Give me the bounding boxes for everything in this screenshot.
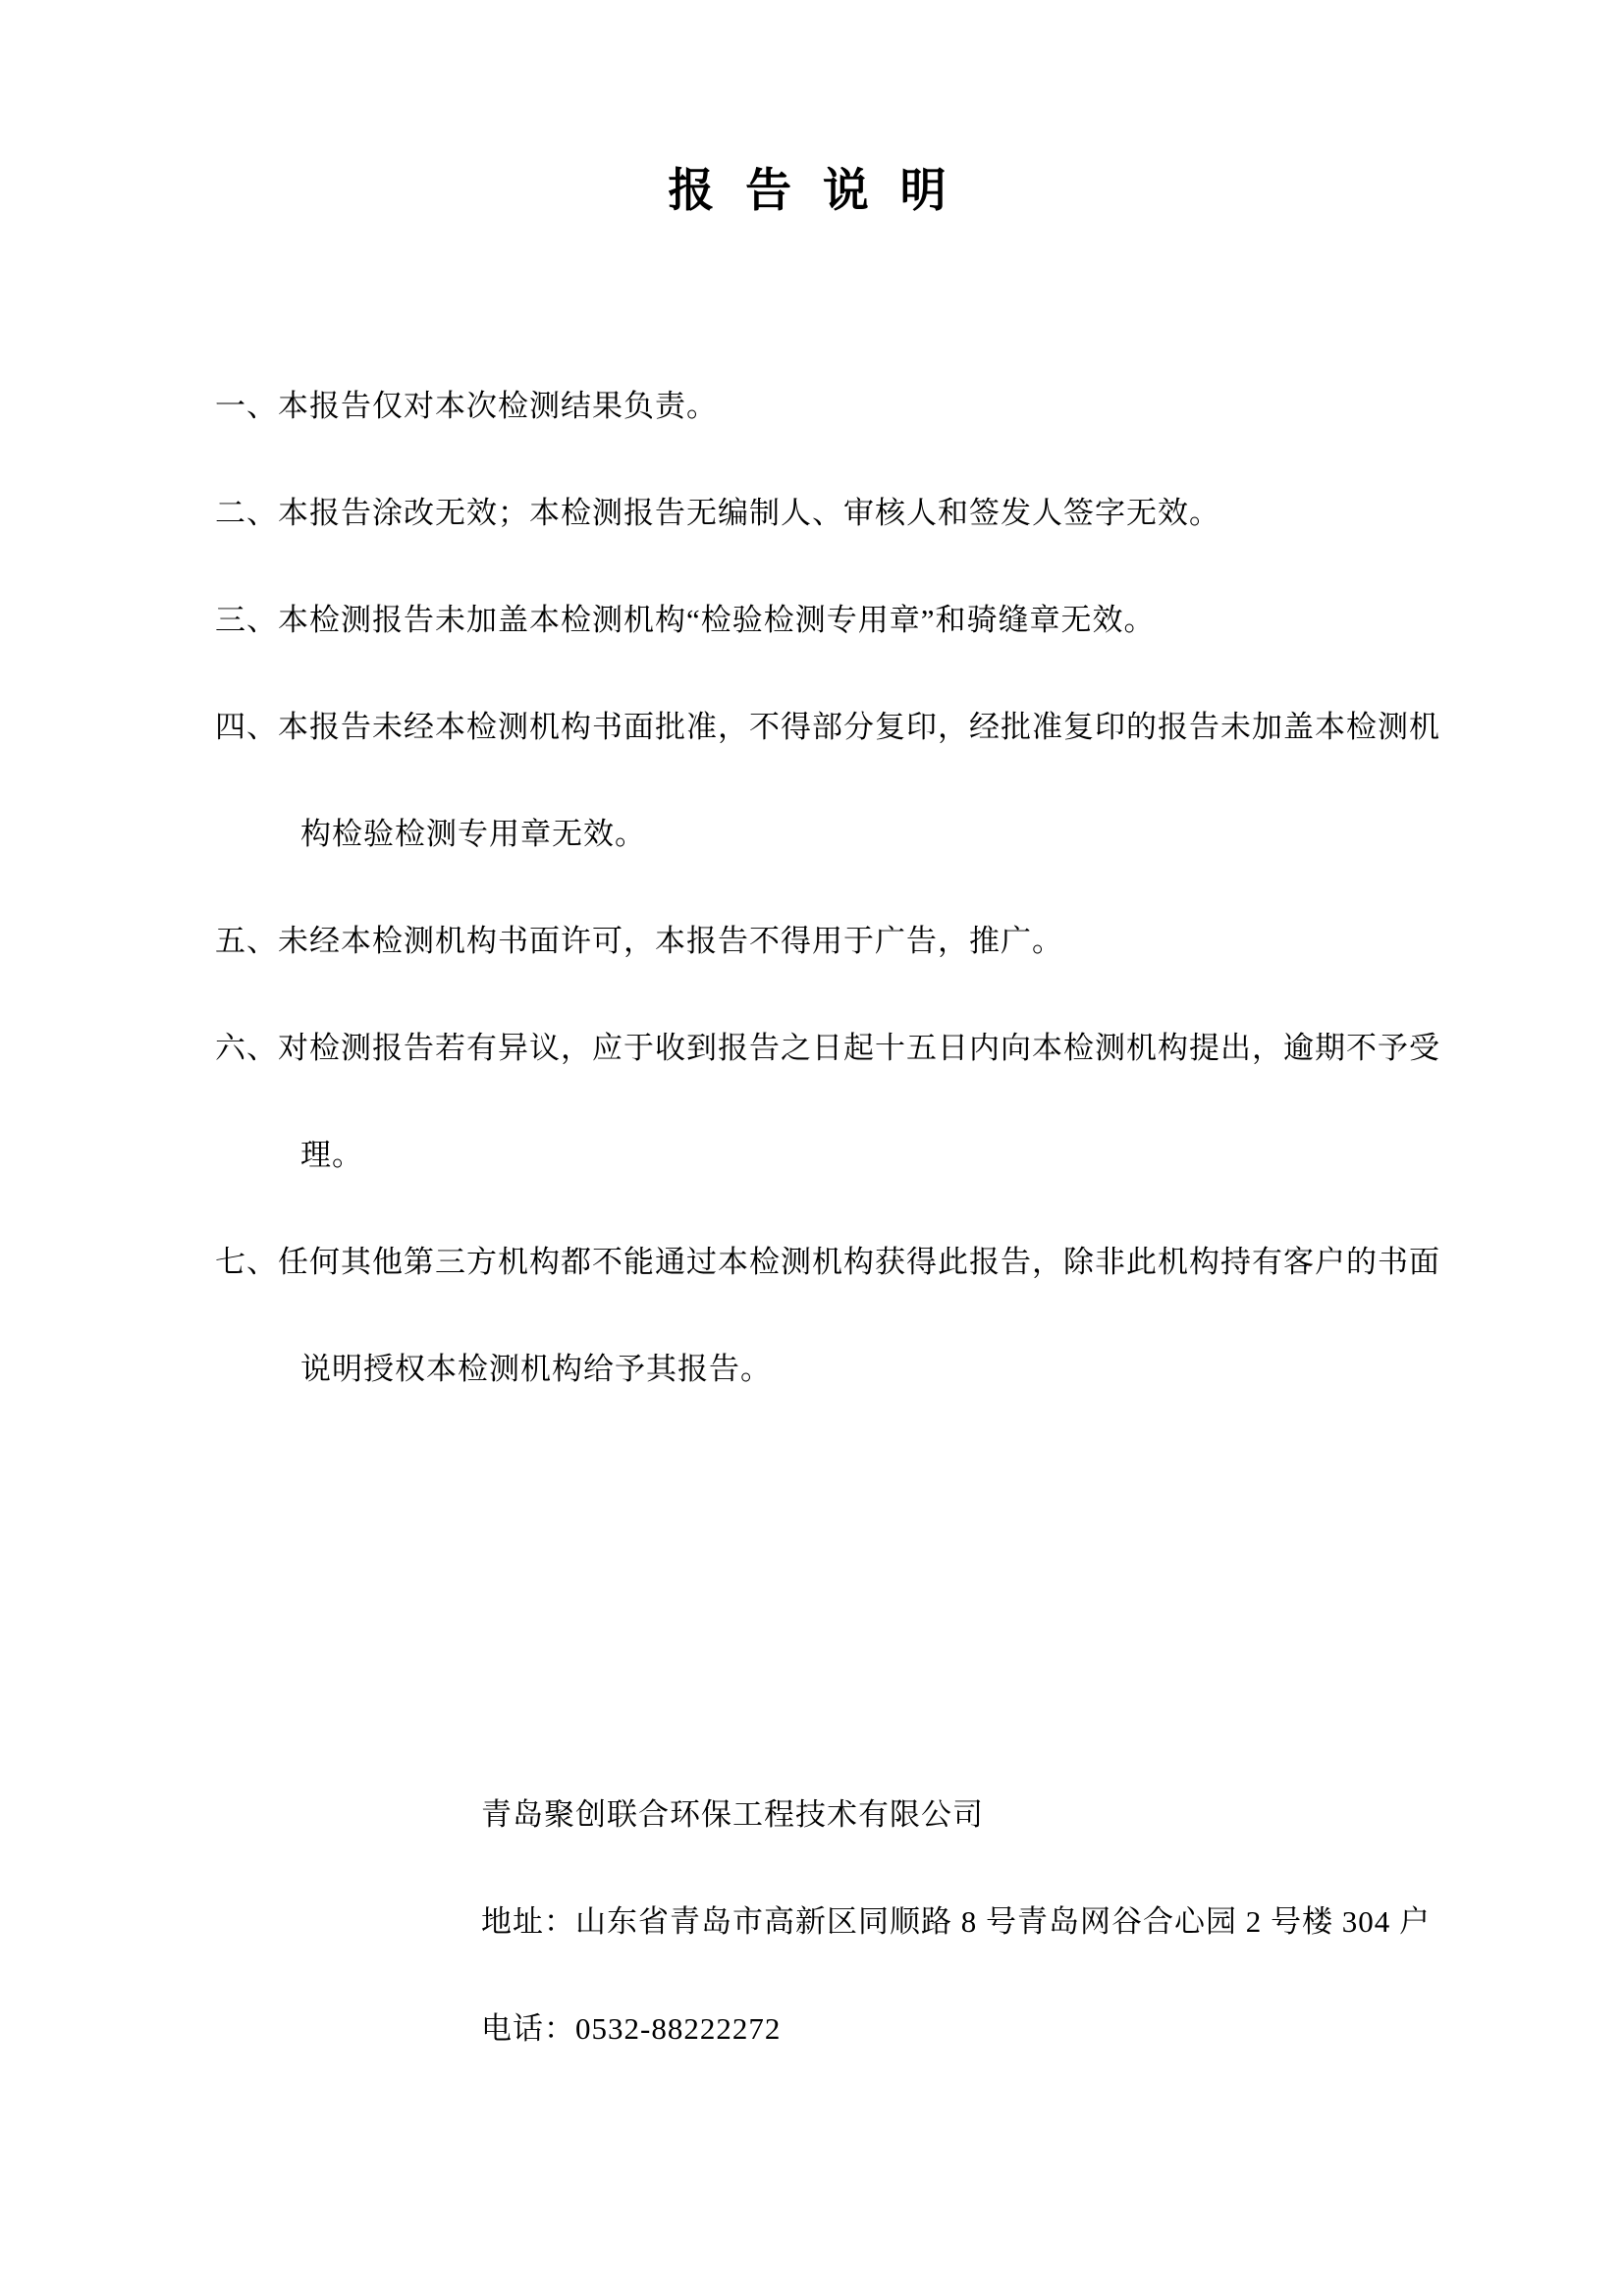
company-name: 青岛聚创联合环保工程技术有限公司 xyxy=(481,1758,1624,1865)
note-line: 六、对检测报告若有异议，应于收到报告之日起十五日内向本检测机构提出，逾期不予受 xyxy=(215,991,1403,1098)
note-item-2: 二、本报告涂改无效；本检测报告无编制人、审核人和签发人签字无效。 xyxy=(215,456,1403,563)
note-line-continuation: 理。 xyxy=(215,1098,1403,1205)
page-title: 报 告 说 明 xyxy=(0,0,1624,215)
notes-list: 一、本报告仅对本次检测结果负责。 二、本报告涂改无效；本检测报告无编制人、审核人… xyxy=(215,349,1403,1419)
note-item-3: 三、本检测报告未加盖本检测机构“检验检测专用章”和骑缝章无效。 xyxy=(215,563,1403,670)
note-line-continuation: 说明授权本检测机构给予其报告。 xyxy=(215,1312,1403,1419)
note-line-continuation: 构检验检测专用章无效。 xyxy=(215,777,1403,884)
note-line: 一、本报告仅对本次检测结果负责。 xyxy=(215,349,1403,456)
note-line: 二、本报告涂改无效；本检测报告无编制人、审核人和签发人签字无效。 xyxy=(215,456,1403,563)
note-item-6: 六、对检测报告若有异议，应于收到报告之日起十五日内向本检测机构提出，逾期不予受 … xyxy=(215,991,1403,1205)
note-item-7: 七、任何其他第三方机构都不能通过本检测机构获得此报告，除非此机构持有客户的书面 … xyxy=(215,1205,1403,1419)
note-item-1: 一、本报告仅对本次检测结果负责。 xyxy=(215,349,1403,456)
note-line: 四、本报告未经本检测机构书面批准，不得部分复印，经批准复印的报告未加盖本检测机 xyxy=(215,670,1403,777)
note-line: 七、任何其他第三方机构都不能通过本检测机构获得此报告，除非此机构持有客户的书面 xyxy=(215,1205,1403,1312)
note-line: 三、本检测报告未加盖本检测机构“检验检测专用章”和骑缝章无效。 xyxy=(215,563,1403,670)
company-address: 地址：山东省青岛市高新区同顺路 8 号青岛网谷合心园 2 号楼 304 户 xyxy=(481,1865,1624,1972)
note-item-4: 四、本报告未经本检测机构书面批准，不得部分复印，经批准复印的报告未加盖本检测机 … xyxy=(215,670,1403,884)
note-line: 五、未经本检测机构书面许可，本报告不得用于广告，推广。 xyxy=(215,884,1403,991)
company-phone: 电话：0532-88222272 xyxy=(481,1972,1624,2079)
company-info-block: 青岛聚创联合环保工程技术有限公司 地址：山东省青岛市高新区同顺路 8 号青岛网谷… xyxy=(481,1758,1624,2079)
report-notes-page: 报 告 说 明 一、本报告仅对本次检测结果负责。 二、本报告涂改无效；本检测报告… xyxy=(0,0,1624,2296)
note-item-5: 五、未经本检测机构书面许可，本报告不得用于广告，推广。 xyxy=(215,884,1403,991)
